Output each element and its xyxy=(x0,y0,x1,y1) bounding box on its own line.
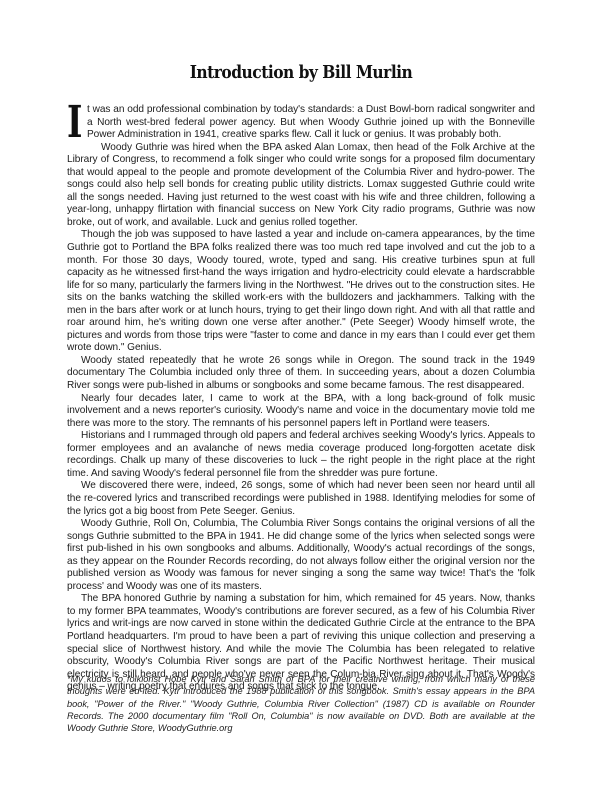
paragraph-7: We discovered there were, indeed, 26 son… xyxy=(67,480,535,518)
paragraph-6: Historians and I rummaged through old pa… xyxy=(67,430,535,480)
paragraph-4: Woody stated repeatedly that he wrote 26… xyxy=(67,355,535,393)
paragraph-1: It was an odd professional combination b… xyxy=(67,104,535,142)
paragraph-3: Though the job was supposed to have last… xyxy=(67,229,535,354)
paragraph-5: Nearly four decades later, I came to wor… xyxy=(67,393,535,431)
paragraph-2: Woody Guthrie was hired when the BPA ask… xyxy=(67,142,535,230)
footnote: *My kudos to folklorist Hobe Kytr and Sa… xyxy=(67,673,535,734)
paragraph-8: Woody Guthrie, Roll On, Columbia, The Co… xyxy=(67,518,535,593)
page-title: Introduction by Bill Murlin xyxy=(100,62,502,83)
article-body: It was an odd professional combination b… xyxy=(67,104,535,694)
drop-cap: I xyxy=(67,106,78,142)
